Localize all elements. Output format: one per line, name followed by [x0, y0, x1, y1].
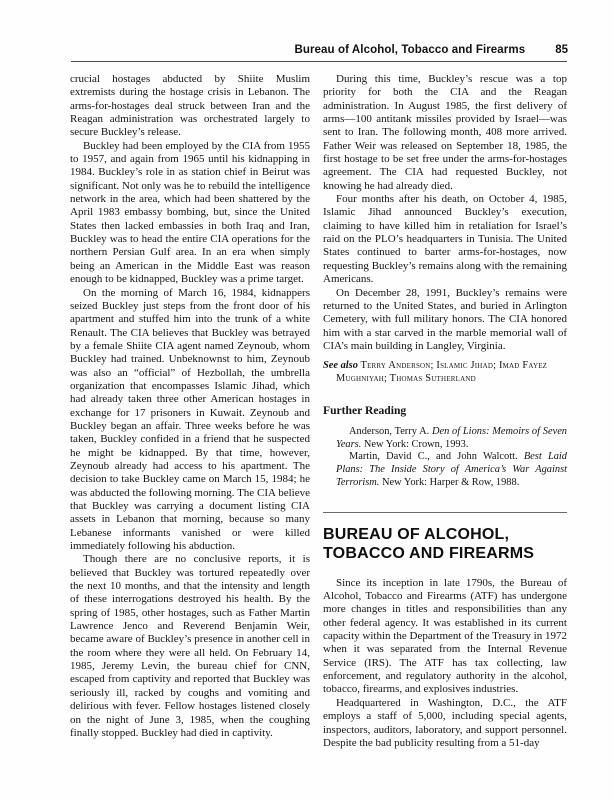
body-paragraph: Buckley had been employed by the CIA fro… [70, 140, 310, 287]
header-page-number: 85 [555, 44, 568, 56]
section-heading: BUREAU OF ALCOHOL, TOBACCO AND FIREARMS [323, 525, 567, 564]
body-paragraph: Since its inception in late 1790s, the B… [323, 577, 567, 697]
body-paragraph: Though there are no conclusive reports, … [70, 553, 310, 740]
body-paragraph: On December 28, 1991, Buckley’s remains … [323, 287, 567, 354]
section-body: Since its inception in late 1790s, the B… [323, 577, 567, 750]
body-paragraph: crucial hostages abducted by Shiite Musl… [70, 73, 310, 140]
running-header: Bureau of Alcohol, Tobacco and Firearms … [70, 44, 568, 56]
entry-author: Anderson, Terry A. [349, 426, 432, 437]
section-heading-line2: TOBACCO AND FIREARMS [323, 544, 567, 564]
entry-publisher: New York: Crown, 1993. [361, 439, 468, 450]
article-section: BUREAU OF ALCOHOL, TOBACCO AND FIREARMS … [323, 512, 567, 750]
further-reading-heading: Further Reading [323, 404, 567, 417]
body-paragraph: On the morning of March 16, 1984, kidnap… [70, 287, 310, 554]
reading-entry: Martin, David C., and John Walcott. Best… [323, 451, 567, 489]
body-paragraph: During this time, Buckley’s rescue was a… [323, 73, 567, 193]
see-also-names: Terry Anderson; Islamic Jihad; Imad Faye… [336, 360, 547, 384]
header-title: Bureau of Alcohol, Tobacco and Firearms [294, 44, 525, 56]
header-rule [71, 61, 567, 62]
see-also: See also Terry Anderson; Islamic Jihad; … [323, 360, 567, 385]
body-paragraph: Headquartered in Washington, D.C., the A… [323, 697, 567, 750]
see-also-label: See also [323, 360, 358, 371]
section-heading-line1: BUREAU OF ALCOHOL, [323, 525, 567, 545]
text-columns: crucial hostages abducted by Shiite Musl… [70, 73, 567, 750]
body-paragraph: Four months after his death, on October … [323, 193, 567, 286]
entry-author: Martin, David C., and John Walcott. [349, 451, 524, 462]
entry-publisher: New York: Harper & Row, 1988. [379, 477, 519, 488]
left-column: crucial hostages abducted by Shiite Musl… [70, 73, 310, 750]
book-page: Bureau of Alcohol, Tobacco and Firearms … [0, 0, 614, 800]
reading-entry: Anderson, Terry A. Den of Lions: Memoirs… [323, 426, 567, 452]
right-column: During this time, Buckley’s rescue was a… [323, 73, 567, 750]
